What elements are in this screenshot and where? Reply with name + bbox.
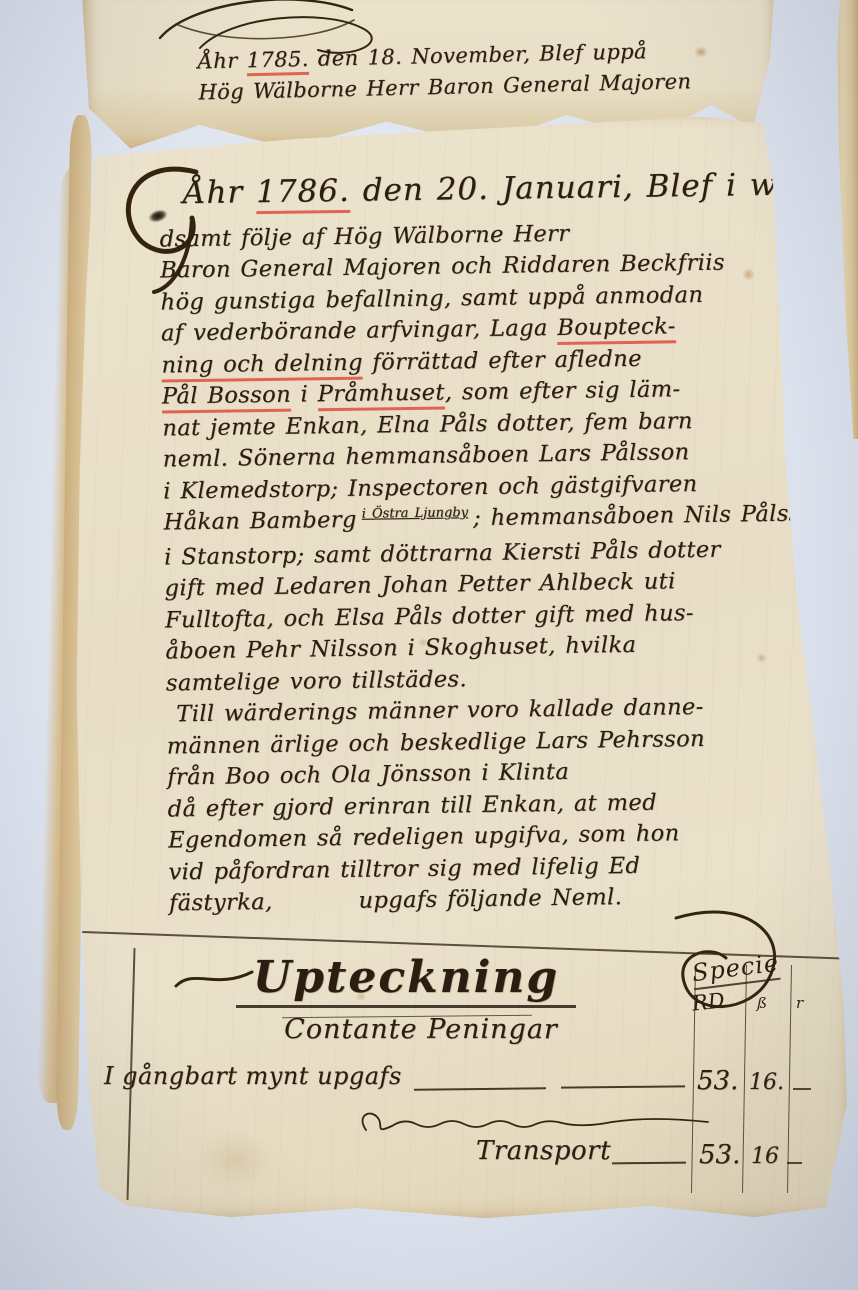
red-underlined-text: 1786.	[256, 173, 350, 214]
text-segment: Håkan Bamberg	[163, 507, 356, 536]
amount-skilling: 16.	[749, 1070, 784, 1095]
text-segment: nat jemte Enkan, Elna Påls dotter, fem b…	[162, 408, 693, 441]
text-segment: Egendomen så redeligen upgifva, som hon	[168, 820, 680, 853]
text-segment: fästyrka,	[169, 889, 273, 916]
currency-column-line	[787, 965, 792, 1193]
text-segment: , som efter sig läm-	[445, 376, 681, 405]
text-segment: Fulltofta, och Elsa Påls dotter gift med…	[165, 600, 694, 633]
currency-column-header: Specie	[690, 949, 780, 990]
text-segment: ; hemmansåboen Nils Pålsson	[473, 500, 830, 531]
page-1785-text: Åhr 1785. den 18. November, Blef uppåHög…	[197, 34, 763, 109]
text-segment: af vederbörande arfvingar, Laga	[161, 315, 558, 347]
separator-squiggle-icon	[352, 1106, 716, 1136]
fill-dash	[612, 1162, 686, 1165]
amount-riksdaler: 53.	[699, 1140, 740, 1170]
red-underlined-text: 1785.	[246, 47, 309, 76]
text-segment: neml. Sönerna hemmansåboen Lars Pålsson	[163, 439, 690, 472]
interlinear-insertion: i Östra Ljungby	[362, 505, 469, 521]
unit-riksdaler: RD	[691, 988, 726, 1015]
amount-skilling: 16	[751, 1144, 779, 1169]
text-segment: Åhr	[183, 174, 257, 211]
text-segment: den 18. November, Blef uppå	[309, 39, 648, 71]
currency-column-line	[742, 965, 747, 1193]
table-row-label: Transport	[476, 1136, 611, 1166]
section-heading: Contante Peningar	[206, 1014, 636, 1045]
unit-skilling: ß	[757, 994, 767, 1012]
text-segment: i Klemedstorp; Inspectoren och gästgifva…	[163, 471, 698, 504]
adjacent-page-edge	[828, 0, 858, 439]
text-segment: åboen Pehr Nilsson i Skoghuset, hvilka	[165, 632, 636, 665]
red-underlined-text: ning och delning	[161, 349, 363, 382]
text-segment: männen ärlige och beskedlige Lars Pehrss…	[167, 725, 706, 759]
amount-dash	[787, 1162, 802, 1164]
line-gap	[273, 908, 359, 909]
fill-dash	[414, 1087, 546, 1090]
text-segment: samtelige voro tillstädes.	[166, 666, 467, 696]
text-segment: i	[291, 381, 318, 407]
red-underlined-text: Boupteck-	[557, 313, 676, 345]
text-segment: upgafs följande Neml.	[358, 884, 622, 914]
text-segment: dsamt följe af Hög Wälborne Herr	[160, 220, 570, 252]
table-row-label: I gångbart mynt upgafs	[104, 1062, 402, 1090]
text-segment: förrättad efter afledne	[363, 345, 642, 375]
page-1786: Åhr 1786. den 20. Januari, Blef i wör-ds…	[56, 110, 850, 1226]
text-segment: från Boo och Ola Jönsson i Klinta	[167, 759, 569, 791]
photograph-of-manuscript: Åhr 1785. den 18. November, Blef uppåHög…	[0, 0, 858, 1290]
text-segment: Till wärderings männer voro kallade dann…	[176, 694, 704, 727]
text-segment: Åhr	[197, 48, 247, 73]
red-underlined-text: Pål Bosson	[162, 382, 292, 414]
manuscript-line: Åhr 1786. den 20. Januari, Blef i wör-	[183, 170, 799, 210]
text-segment: då efter gjord erinran till Enkan, at me…	[167, 789, 657, 822]
text-segment: i Stanstorp; samt döttrarna Kiersti Påls…	[164, 536, 721, 570]
red-underlined-text: Pråmhuset	[318, 380, 446, 412]
manuscript-text: Åhr 1786. den 20. Januari, Blef i wör-ds…	[159, 170, 809, 920]
inventory-table: Upteckning Specie RD ß r Contante Pening…	[56, 930, 850, 1220]
amount-riksdaler: 53.	[697, 1066, 738, 1096]
text-segment: den 20. Januari, Blef i wör-	[350, 166, 825, 209]
table-title: Upteckning	[236, 952, 576, 1008]
text-segment: Baron General Majoren och Riddaren Beckf…	[160, 250, 725, 284]
text-segment: vid påfordran tilltror sig med lifelig E…	[168, 852, 640, 885]
unit-runstycken: r	[796, 994, 803, 1012]
amount-dash	[793, 1088, 811, 1090]
text-segment: gift med Ledaren Johan Petter Ahlbeck ut…	[164, 568, 675, 601]
fill-dash	[561, 1085, 685, 1088]
text-segment: hög gunstiga befallning, samt uppå anmod…	[160, 281, 703, 315]
